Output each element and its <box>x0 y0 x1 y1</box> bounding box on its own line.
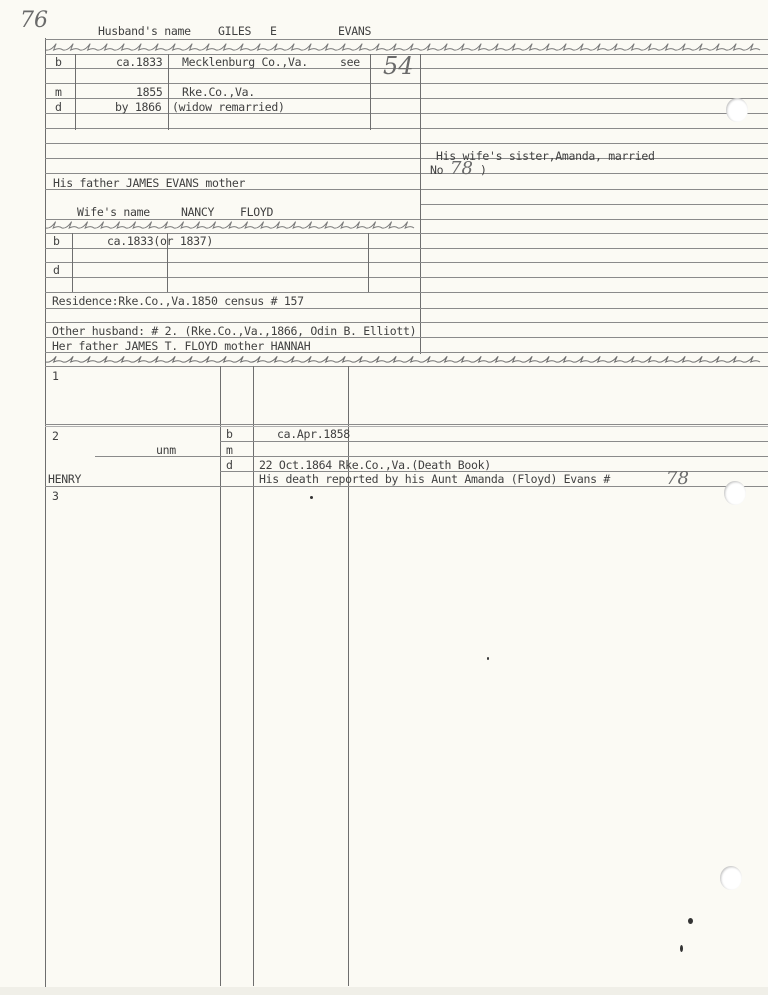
rule <box>45 143 768 144</box>
husband-death-place: (widow remarried) <box>172 101 285 114</box>
rule <box>45 292 768 293</box>
husband-birth-note: see <box>340 56 360 69</box>
child-1-number: 1 <box>52 370 59 383</box>
child-2-note-ref: 78 <box>666 468 689 489</box>
children-squiggle-rule <box>46 353 756 366</box>
record-sheet: 76 Husband's name GILES E EVANS b ca.183… <box>0 0 768 995</box>
col-divider <box>168 54 169 130</box>
rule <box>45 83 768 84</box>
wife-father-line: Her father JAMES T. FLOYD mother HANNAH <box>52 340 310 353</box>
child-2-marriage-code: m <box>226 444 233 457</box>
rule <box>45 486 768 487</box>
rule <box>95 456 768 457</box>
left-border <box>45 38 46 988</box>
child-2-status: unm <box>156 444 176 457</box>
wife-squiggle-rule <box>46 218 416 232</box>
scan-speck <box>487 657 489 660</box>
wife-other-husband: Other husband: # 2. (Rke.Co.,Va.,1866, O… <box>52 325 416 338</box>
child-2-birth-code: b <box>226 428 233 441</box>
punch-hole <box>726 98 748 122</box>
rule <box>45 308 768 309</box>
side-note-ref: 78 <box>450 158 473 179</box>
child-2-birth-detail: ca.Apr.1858 <box>277 428 350 441</box>
rule <box>45 366 768 367</box>
col-divider <box>75 54 76 130</box>
child-2-death-detail: 22 Oct.1864 Rke.Co.,Va.(Death Book) <box>259 459 491 472</box>
punch-hole <box>724 481 746 505</box>
rule <box>220 441 768 442</box>
wife-death-code: d <box>53 264 60 277</box>
rule <box>45 158 768 159</box>
husband-label: Husband's name <box>98 25 191 38</box>
rule <box>45 173 768 174</box>
col-divider <box>368 233 369 292</box>
scan-edge <box>0 987 768 995</box>
child-2-number: 2 <box>52 430 59 443</box>
child-2-name: HENRY <box>48 473 81 486</box>
rule <box>45 277 768 278</box>
rule <box>420 204 768 205</box>
col-divider <box>253 366 254 986</box>
husband-first-name: GILES <box>218 25 251 38</box>
rule <box>45 262 768 263</box>
husband-marriage-code: m <box>55 86 62 99</box>
col-divider <box>370 54 371 130</box>
husband-death-code: d <box>55 101 62 114</box>
col-divider <box>220 366 221 986</box>
rule <box>45 426 768 427</box>
wife-birth-code: b <box>53 235 60 248</box>
side-note-prefix: No <box>430 164 443 177</box>
husband-birth-code: b <box>55 56 62 69</box>
husband-middle-initial: E <box>270 25 277 38</box>
child-2-death-code: d <box>226 459 233 472</box>
child-2-note: His death reported by his Aunt Amanda (F… <box>259 473 610 486</box>
punch-hole <box>720 866 742 890</box>
husband-birth-ref: 54 <box>383 52 414 80</box>
child-3-number: 3 <box>52 490 59 503</box>
husband-birth-date: ca.1833 <box>116 56 162 69</box>
husband-death-date: by 1866 <box>115 101 161 114</box>
wife-residence: Residence:Rke.Co.,Va.1850 census # 157 <box>52 295 304 308</box>
col-divider <box>420 54 421 354</box>
side-note-suffix: ) <box>480 164 487 177</box>
rule <box>45 128 768 129</box>
husband-marriage-place: Rke.Co.,Va. <box>182 86 255 99</box>
husband-surname: EVANS <box>338 25 371 38</box>
rule <box>45 248 768 249</box>
husband-father-line: His father JAMES EVANS mother <box>53 177 245 190</box>
scan-speck <box>688 918 693 924</box>
scan-speck <box>310 496 313 499</box>
rule <box>45 322 768 323</box>
husband-marriage-date: 1855 <box>136 86 163 99</box>
wife-birth-date: ca.1833(or 1837) <box>107 235 213 248</box>
scan-speck <box>680 945 683 952</box>
col-divider <box>72 233 73 292</box>
rule <box>45 424 768 425</box>
page-number: 76 <box>20 8 48 33</box>
husband-birth-place: Mecklenburg Co.,Va. <box>182 56 308 69</box>
